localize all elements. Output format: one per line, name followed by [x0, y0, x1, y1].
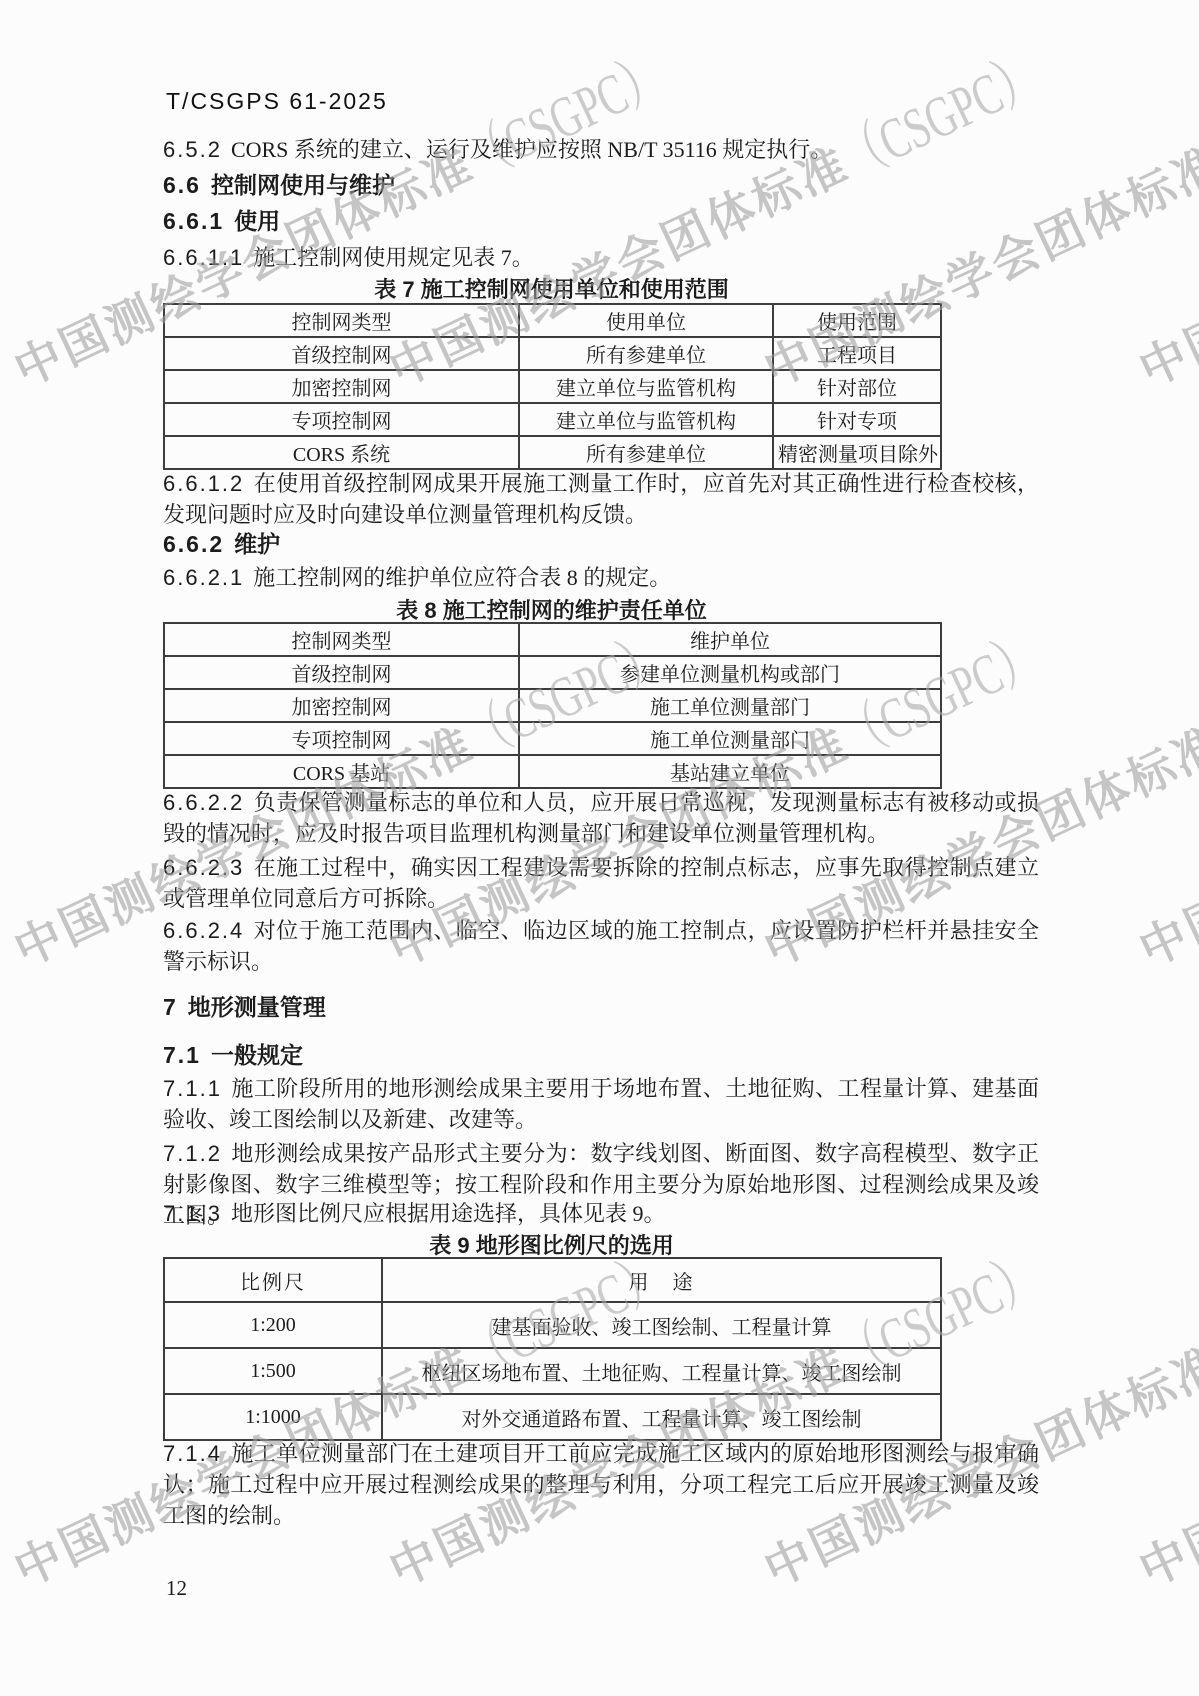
- heading-7: 7地形测量管理: [163, 992, 1039, 1022]
- table-cell: 所有参建单位: [519, 436, 773, 469]
- table-header-cell: 比例尺: [164, 1258, 382, 1302]
- heading-6-6-2: 6.6.2维护: [163, 529, 1039, 559]
- clause-text: CORS 系统的建立、运行及维护应按照 NB/T 35116 规定执行。: [231, 137, 832, 162]
- doc-code: T/CSGPS 61-2025: [166, 88, 388, 115]
- table9: 比例尺 用 途 1:200 建基面验收、竣工图绘制、工程量计算 1:500 枢纽…: [163, 1257, 942, 1441]
- heading-text: 维护: [234, 531, 280, 557]
- clause-number: 6.6.1.2: [163, 471, 244, 496]
- table-row: 专项控制网 建立单位与监管机构 针对专项: [164, 403, 941, 436]
- clause-text: 施工阶段所用的地形测绘成果主要用于场地布置、土地征购、工程量计算、建基面验收、竣…: [163, 1076, 1039, 1132]
- table-header-cell: 使用范围: [773, 304, 941, 337]
- table-row: 首级控制网 参建单位测量机构或部门: [164, 656, 941, 689]
- table-header-cell: 用 途: [382, 1258, 941, 1302]
- clause-7-1-3: 7.1.3地形图比例尺应根据用途选择，具体见表 9。: [163, 1198, 1039, 1229]
- table-cell: 工程项目: [773, 337, 941, 370]
- clause-number: 7.1.4: [163, 1441, 222, 1466]
- table-cell: 所有参建单位: [519, 337, 773, 370]
- clause-number: 7.1.1: [163, 1076, 222, 1101]
- table-header-cell: 维护单位: [519, 623, 941, 656]
- table-row: 加密控制网 建立单位与监管机构 针对部位: [164, 370, 941, 403]
- clause-number: 6.6.2.1: [163, 565, 244, 590]
- table-row: 控制网类型 维护单位: [164, 623, 941, 656]
- table-cell: 针对部位: [773, 370, 941, 403]
- table-cell: 1:200: [164, 1302, 382, 1348]
- page-number: 12: [166, 1576, 187, 1601]
- table-cell: 精密测量项目除外: [773, 436, 941, 469]
- table7: 控制网类型 使用单位 使用范围 首级控制网 所有参建单位 工程项目 加密控制网 …: [163, 303, 942, 470]
- watermark: 中国测绘学会团体标准（CSGPC）: [1129, 586, 1199, 993]
- clause-text: 在施工过程中，确实因工程建设需要拆除的控制点标志，应事先取得控制点建立或管理单位…: [163, 855, 1039, 911]
- clause-text: 施工控制网的维护单位应符合表 8 的规定。: [253, 565, 671, 590]
- table-cell: 基站建立单位: [519, 755, 941, 788]
- heading-6-6-1: 6.6.1使用: [163, 206, 1039, 236]
- clause-6-6-2-2: 6.6.2.2负责保管测量标志的单位和人员，应开展日常巡视，发现测量标志有被移动…: [163, 787, 1039, 849]
- clause-6-6-1-1: 6.6.1.1施工控制网使用规定见表 7。: [163, 242, 1039, 273]
- table-cell: 施工单位测量部门: [519, 689, 941, 722]
- clause-number: 7.1.2: [163, 1141, 222, 1166]
- table8: 控制网类型 维护单位 首级控制网 参建单位测量机构或部门 加密控制网 施工单位测…: [163, 622, 942, 789]
- clause-number: 6.6.2.2: [163, 790, 244, 815]
- clause-7-1-4: 7.1.4施工单位测量部门在土建项目开工前应完成施工区域内的原始地形图测绘与报审…: [163, 1438, 1039, 1531]
- table-header-cell: 控制网类型: [164, 304, 519, 337]
- clause-number: 6.5.2: [163, 137, 222, 162]
- table-cell: 加密控制网: [164, 370, 519, 403]
- table-cell: 施工单位测量部门: [519, 722, 941, 755]
- clause-text: 施工控制网使用规定见表 7。: [253, 245, 534, 270]
- heading-7-1: 7.1一般规定: [163, 1040, 1039, 1070]
- table-row: CORS 基站 基站建立单位: [164, 755, 941, 788]
- table-cell: 首级控制网: [164, 337, 519, 370]
- heading-text: 使用: [234, 208, 280, 234]
- table7-caption: 表 7 施工控制网使用单位和使用范围: [163, 273, 940, 304]
- clause-text: 在使用首级控制网成果开展施工测量工作时，应首先对其正确性进行检查校核，发现问题时…: [163, 471, 1039, 527]
- clause-text: 对位于施工范围内、临空、临边区域的施工控制点，应设置防护栏杆并悬挂安全警示标识。: [163, 918, 1039, 974]
- heading-text: 一般规定: [211, 1042, 303, 1068]
- table8-caption: 表 8 施工控制网的维护责任单位: [163, 594, 940, 625]
- clause-6-6-2-4: 6.6.2.4对位于施工范围内、临空、临边区域的施工控制点，应设置防护栏杆并悬挂…: [163, 915, 1039, 977]
- table-row: 1:200 建基面验收、竣工图绘制、工程量计算: [164, 1302, 941, 1348]
- table-row: 加密控制网 施工单位测量部门: [164, 689, 941, 722]
- table-cell: 加密控制网: [164, 689, 519, 722]
- table-row: 首级控制网 所有参建单位 工程项目: [164, 337, 941, 370]
- table-row: 1:1000 对外交通道路布置、工程量计算、竣工图绘制: [164, 1394, 941, 1440]
- heading-number: 7: [163, 994, 178, 1020]
- table-row: 1:500 枢纽区场地布置、土地征购、工程量计算、竣工图绘制: [164, 1348, 941, 1394]
- clause-number: 6.6.1.1: [163, 245, 244, 270]
- table-cell: 参建单位测量机构或部门: [519, 656, 941, 689]
- document-page: T/CSGPS 61-2025 6.5.2CORS 系统的建立、运行及维护应按照…: [0, 0, 1199, 1696]
- heading-number: 6.6: [163, 172, 201, 198]
- heading-text: 控制网使用与维护: [211, 172, 395, 198]
- table-header-cell: 控制网类型: [164, 623, 519, 656]
- clause-6-6-2-1: 6.6.2.1施工控制网的维护单位应符合表 8 的规定。: [163, 562, 1039, 593]
- table-cell: 1:500: [164, 1348, 382, 1394]
- watermark: 中国测绘学会团体标准（CSGPC）: [1129, 6, 1199, 413]
- heading-number: 6.6.2: [163, 531, 224, 557]
- table-row: 专项控制网 施工单位测量部门: [164, 722, 941, 755]
- clause-7-1-1: 7.1.1施工阶段所用的地形测绘成果主要用于场地布置、土地征购、工程量计算、建基…: [163, 1073, 1039, 1135]
- table9-caption: 表 9 地形图比例尺的选用: [163, 1229, 940, 1260]
- heading-number: 7.1: [163, 1042, 201, 1068]
- table-cell: CORS 系统: [164, 436, 519, 469]
- table-cell: 枢纽区场地布置、土地征购、工程量计算、竣工图绘制: [382, 1348, 941, 1394]
- heading-number: 6.6.1: [163, 208, 224, 234]
- table-cell: 对外交通道路布置、工程量计算、竣工图绘制: [382, 1394, 941, 1440]
- table-cell: 首级控制网: [164, 656, 519, 689]
- clause-number: 7.1.3: [163, 1201, 222, 1226]
- table-row: CORS 系统 所有参建单位 精密测量项目除外: [164, 436, 941, 469]
- table-cell: 针对专项: [773, 403, 941, 436]
- clause-6-5-2: 6.5.2CORS 系统的建立、运行及维护应按照 NB/T 35116 规定执行…: [163, 134, 1039, 165]
- clause-text: 地形图比例尺应根据用途选择，具体见表 9。: [231, 1201, 666, 1226]
- clause-text: 施工单位测量部门在土建项目开工前应完成施工区域内的原始地形图测绘与报审确认；施工…: [163, 1441, 1039, 1528]
- table-header-cell: 使用单位: [519, 304, 773, 337]
- clause-6-6-1-2: 6.6.1.2在使用首级控制网成果开展施工测量工作时，应首先对其正确性进行检查校…: [163, 468, 1039, 530]
- table-cell: CORS 基站: [164, 755, 519, 788]
- table-cell: 建立单位与监管机构: [519, 403, 773, 436]
- heading-6-6: 6.6控制网使用与维护: [163, 170, 1039, 200]
- table-cell: 建立单位与监管机构: [519, 370, 773, 403]
- watermark: 中国测绘学会团体标准（CSGPC）: [1129, 1206, 1199, 1613]
- table-row: 控制网类型 使用单位 使用范围: [164, 304, 941, 337]
- clause-number: 6.6.2.3: [163, 855, 244, 880]
- heading-text: 地形测量管理: [188, 994, 326, 1020]
- clause-text: 负责保管测量标志的单位和人员，应开展日常巡视，发现测量标志有被移动或损毁的情况时…: [163, 790, 1039, 846]
- clause-6-6-2-3: 6.6.2.3在施工过程中，确实因工程建设需要拆除的控制点标志，应事先取得控制点…: [163, 852, 1039, 914]
- table-row: 比例尺 用 途: [164, 1258, 941, 1302]
- table-cell: 建基面验收、竣工图绘制、工程量计算: [382, 1302, 941, 1348]
- table-cell: 专项控制网: [164, 403, 519, 436]
- table-cell: 专项控制网: [164, 722, 519, 755]
- table-cell: 1:1000: [164, 1394, 382, 1440]
- clause-number: 6.6.2.4: [163, 918, 244, 943]
